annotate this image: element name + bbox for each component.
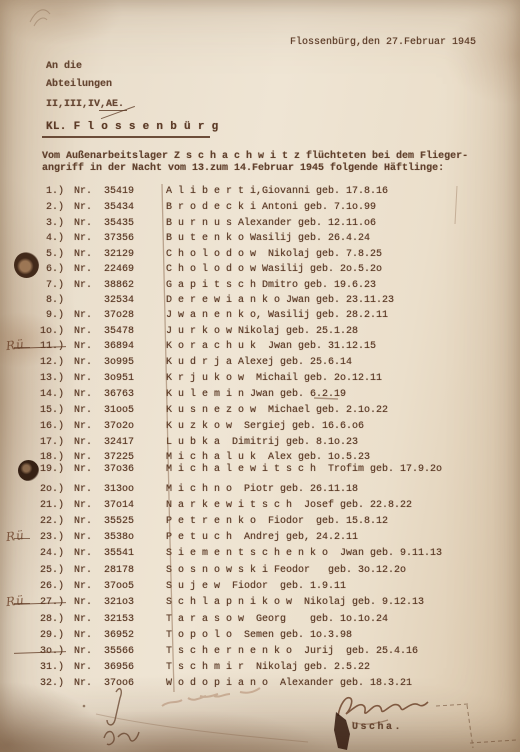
scanned-document-page: Flossenbürg,den 27.Februar 1945 An die A…	[0, 0, 520, 752]
prisoner-name: G a p i t s c h Dmitro	[166, 280, 298, 291]
list-row: 22.) Nr. 35525 P e t r e n k o Fiodor ge…	[0, 516, 520, 530]
row-number: 1o.)	[30, 326, 64, 337]
addressee-line-1: An die	[46, 61, 82, 72]
prisoner-name: L u b k a Dimitrij	[166, 437, 280, 448]
prisoner-number: Nr. 36894	[74, 341, 134, 352]
list-row: 32.) Nr. 37oo6 W o d o p i a n o Alexand…	[0, 678, 520, 692]
prisoner-number: Nr. 35478	[74, 326, 134, 337]
addressee-line-3: II,III,IV,AE.	[46, 99, 124, 110]
list-row: Rü 23.) Nr. 3538o P e t u c h Andrej geb…	[0, 532, 520, 546]
birth-date: geb. 12.11.o6	[292, 218, 376, 229]
row-number: 31.)	[30, 662, 64, 673]
birth-date: geb. 15.8.12	[310, 516, 388, 527]
birth-date: geb. 26.11.18	[274, 484, 358, 495]
date-line: Flossenbürg,den 27.Februar 1945	[290, 37, 476, 48]
prisoner-number: Nr. 37356	[74, 233, 134, 244]
birth-date: geb. 19.6.23	[298, 280, 376, 291]
prisoner-number: 32534	[74, 295, 134, 306]
prisoner-name: C h o l o d o w Nikolaj	[166, 249, 310, 260]
list-row: 24.) Nr. 35541 S i e m e n t s c h e n k…	[0, 548, 520, 562]
prisoner-number: Nr. 35566	[74, 646, 134, 657]
birth-date: geb. 28.2.11	[310, 310, 388, 321]
ink-blot	[334, 712, 350, 750]
prisoner-number: Nr. 37o28	[74, 310, 134, 321]
prisoner-name: M i c h n o Piotr	[166, 484, 274, 495]
birth-date: geb. 25.4.16	[340, 646, 418, 657]
row-number: 28.)	[30, 614, 64, 625]
row-number: 16.)	[30, 421, 64, 432]
row-number: 29.)	[30, 630, 64, 641]
list-row: Rü 27.) Nr. 321o3 S c h l a p n i k o w …	[0, 597, 520, 611]
prisoner-name: S i e m e n t s c h e n k o Jwan	[166, 548, 364, 559]
birth-date: geb. 16.6.o6	[286, 421, 364, 432]
birth-date: geb. 1o.3.98	[274, 630, 352, 641]
list-row: 29.) Nr. 36952 T o p o l o Semen geb. 1o…	[0, 630, 520, 644]
row-number: 3.)	[30, 218, 64, 229]
prisoner-number: Nr. 32417	[74, 437, 134, 448]
list-row: 13.) Nr. 3o951 K r j u k o w Michail geb…	[0, 373, 520, 387]
prisoner-name: K r j u k o w Michail	[166, 373, 298, 384]
list-row: 19.) Nr. 37o36 M i c h a l e w i t s c h…	[0, 464, 520, 478]
prisoner-name: A l i b e r t i,Giovanni	[166, 186, 310, 197]
list-row: 9.) Nr. 37o28 J w a n e n k o, Wasilij g…	[0, 310, 520, 324]
prisoner-name: W o d o p i a n o Alexander	[166, 678, 334, 689]
list-row: 5.) Nr. 32129 C h o l o d o w Nikolaj ge…	[0, 249, 520, 263]
prisoner-name: P e t r e n k o Fiodor	[166, 516, 310, 527]
bottom-crease-line	[96, 714, 308, 742]
list-row: 8.) 32534 D e r e w i a n k o Jwan geb. …	[0, 295, 520, 309]
pencil-dot	[83, 705, 86, 708]
list-row: 3.) Nr. 35435 B u r n u s Alexander geb.…	[0, 218, 520, 232]
prisoner-name: S o s n o w s k i Feodor	[166, 565, 322, 576]
birth-date: geb. 7.1o.99	[298, 202, 376, 213]
prisoner-number: Nr. 36956	[74, 662, 134, 673]
prisoner-name: S c h l a p n i k o w Nikolaj	[166, 597, 346, 608]
intro-line-1: Vom Außenarbeitslager Z s c h a c h w i …	[42, 151, 468, 162]
pencil-scribble-top	[30, 10, 50, 26]
hole-punch-bottom	[18, 460, 39, 481]
prisoner-number: Nr. 37oo6	[74, 678, 134, 689]
birth-date: geb. 2o.5.2o	[304, 264, 382, 275]
prisoner-name: T o p o l o Semen	[166, 630, 274, 641]
prisoner-name: B r o d e c k i Antoni	[166, 202, 298, 213]
prisoner-name: N a r k e w i t s c h Josef	[166, 500, 334, 511]
list-row: 7.) Nr. 38862 G a p i t s c h Dmitro geb…	[0, 280, 520, 294]
list-row: 21.) Nr. 37o14 N a r k e w i t s c h Jos…	[0, 500, 520, 514]
list-row: 16.) Nr. 37o2o K u z k o w Sergiej geb. …	[0, 421, 520, 435]
prisoner-number: Nr. 313oo	[74, 484, 134, 495]
prisoner-number: Nr. 37225	[74, 452, 134, 463]
row-number: 11.)	[30, 341, 64, 352]
list-row: 2o.) Nr. 313oo M i c h n o Piotr geb. 26…	[0, 484, 520, 498]
birth-date: geb. 9.12.13	[346, 597, 424, 608]
birth-date: geb. 18.3.21	[334, 678, 412, 689]
prisoner-name: T a r a s o w Georg	[166, 614, 304, 625]
prisoner-number: Nr. 32129	[74, 249, 134, 260]
prisoner-number: Nr. 37oo5	[74, 581, 134, 592]
birth-date: geb. 23.11.23	[310, 295, 394, 306]
birth-date: geb. 17.9.2o	[364, 464, 442, 475]
row-number: 25.)	[30, 565, 64, 576]
birth-date: geb. 31.12.15	[292, 341, 376, 352]
prisoner-number: Nr. 3o951	[74, 373, 134, 384]
row-number: 8.)	[30, 295, 64, 306]
prisoner-number: Nr. 28178	[74, 565, 134, 576]
row-number: 23.)	[30, 532, 64, 543]
row-number: 1.)	[30, 186, 64, 197]
list-row: 6.) Nr. 22469 C h o l o d o w Wasilij ge…	[0, 264, 520, 278]
prisoner-number: Nr. 32153	[74, 614, 134, 625]
list-row: 25.) Nr. 28178 S o s n o w s k i Feodor …	[0, 565, 520, 579]
birth-date: geb. 6.2.19	[274, 389, 346, 400]
addressee-line-2: Abteilungen	[46, 79, 112, 90]
prisoner-number: Nr. 35541	[74, 548, 134, 559]
camp-heading-underline	[42, 136, 210, 138]
crop-marks	[436, 704, 516, 748]
camp-heading: KL. F l o s s e n b ü r g	[46, 121, 219, 133]
prisoner-number: Nr. 38862	[74, 280, 134, 291]
prisoner-number: Nr. 37o2o	[74, 421, 134, 432]
prisoner-name: P e t u c h Andrej	[166, 532, 280, 543]
list-row: 2.) Nr. 35434 B r o d e c k i Antoni geb…	[0, 202, 520, 216]
row-number: 2.)	[30, 202, 64, 213]
margin-annotation: Rü	[5, 593, 25, 609]
prisoner-name: C h o l o d o w Wasilij	[166, 264, 304, 275]
prisoner-number: Nr. 3538o	[74, 532, 134, 543]
list-row: 28.) Nr. 32153 T a r a s o w Georg geb. …	[0, 614, 520, 628]
prisoner-name: T s c h e r n e n k o Jurij	[166, 646, 340, 657]
birth-date: geb. 1o.1o.24	[304, 614, 388, 625]
prisoner-name: K u l e m i n Jwan	[166, 389, 274, 400]
prisoner-number: Nr. 3o995	[74, 357, 134, 368]
row-number: 13.)	[30, 373, 64, 384]
row-number: 7.)	[30, 280, 64, 291]
row-number: 21.)	[30, 500, 64, 511]
birth-date: geb. 9.11.13	[364, 548, 442, 559]
row-number: 32.)	[30, 678, 64, 689]
row-number: 14.)	[30, 389, 64, 400]
rank-abbreviation: Uscha.	[352, 722, 403, 733]
prisoner-name: B u r n u s Alexander	[166, 218, 292, 229]
row-number: 26.)	[30, 581, 64, 592]
prisoner-number: Nr. 35435	[74, 218, 134, 229]
list-row: 14.) Nr. 36763 K u l e m i n Jwan geb. 6…	[0, 389, 520, 403]
prisoner-number: Nr. 35419	[74, 186, 134, 197]
prisoner-name: J u r k o w Nikolaj	[166, 326, 280, 337]
birth-date: geb. 2o.12.11	[298, 373, 382, 384]
prisoner-number: Nr. 36952	[74, 630, 134, 641]
list-row: 31.) Nr. 36956 T s c h m i r Nikolaj geb…	[0, 662, 520, 676]
prisoner-number: Nr. 35525	[74, 516, 134, 527]
prisoner-name: T s c h m i r Nikolaj	[166, 662, 298, 673]
list-row: Rü 11.) Nr. 36894 K o r a c h u k Jwan g…	[0, 341, 520, 355]
birth-date: geb. 25.6.14	[274, 357, 352, 368]
birth-date: geb. 22.8.22	[334, 500, 412, 511]
birth-date: geb. 17.8.16	[310, 186, 388, 197]
prisoner-name: B u t e n k o Wasilij	[166, 233, 292, 244]
intro-line-2: angriff in der Nacht vom 13.zum 14.Febru…	[42, 163, 444, 174]
signature-handwriting	[338, 698, 428, 716]
birth-date: geb. 2.1o.22	[310, 405, 388, 416]
prisoner-number: Nr. 22469	[74, 264, 134, 275]
prisoner-name: K u d r j a Alexej	[166, 357, 274, 368]
row-number: 22.)	[30, 516, 64, 527]
birth-date: geb. 8.1o.23	[280, 437, 358, 448]
margin-annotation: Rü	[5, 528, 25, 544]
prisoner-name: M i c h a l u k Alex	[166, 452, 292, 463]
birth-date: geb. 3o.12.2o	[322, 565, 406, 576]
prisoner-name: S u j e w Fiodor	[166, 581, 274, 592]
list-row: 26.) Nr. 37oo5 S u j e w Fiodor geb. 1.9…	[0, 581, 520, 595]
prisoner-name: K u z k o w Sergiej	[166, 421, 286, 432]
hole-punch-top	[14, 252, 39, 278]
prisoner-number: Nr. 37o14	[74, 500, 134, 511]
prisoner-number: Nr. 31oo5	[74, 405, 134, 416]
birth-date: geb. 7.8.25	[310, 249, 382, 260]
list-row: 1o.) Nr. 35478 J u r k o w Nikolaj geb. …	[0, 326, 520, 340]
list-row: 4.) Nr. 37356 B u t e n k o Wasilij geb.…	[0, 233, 520, 247]
prisoner-number: Nr. 36763	[74, 389, 134, 400]
row-number: 17.)	[30, 437, 64, 448]
prisoner-number: Nr. 35434	[74, 202, 134, 213]
prisoner-name: K u s n e z o w Michael	[166, 405, 310, 416]
list-row: 3o.) Nr. 35566 T s c h e r n e n k o Jur…	[0, 646, 520, 660]
list-row: 12.) Nr. 3o995 K u d r j a Alexej geb. 2…	[0, 357, 520, 371]
pencil-marks	[104, 689, 139, 745]
margin-annotation: Rü	[5, 337, 25, 353]
prisoner-name: D e r e w i a n k o Jwan	[166, 295, 310, 306]
row-number: 2o.)	[30, 484, 64, 495]
row-number: 15.)	[30, 405, 64, 416]
row-number: 24.)	[30, 548, 64, 559]
birth-date: geb. 25.1.28	[280, 326, 358, 337]
row-number: 27.)	[30, 597, 64, 608]
prisoner-name: K o r a c h u k Jwan	[166, 341, 292, 352]
list-row: 17.) Nr. 32417 L u b k a Dimitrij geb. 8…	[0, 437, 520, 451]
row-number: 4.)	[30, 233, 64, 244]
list-row: 15.) Nr. 31oo5 K u s n e z o w Michael g…	[0, 405, 520, 419]
prisoner-number: Nr. 37o36	[74, 464, 134, 475]
prisoner-name: M i c h a l e w i t s c h Trofim	[166, 464, 364, 475]
prisoner-number: Nr. 321o3	[74, 597, 134, 608]
birth-date: geb. 2.5.22	[298, 662, 370, 673]
row-number: 3o.)	[30, 646, 64, 657]
birth-date: geb. 26.4.24	[292, 233, 370, 244]
prisoner-name: J w a n e n k o, Wasilij	[166, 310, 310, 321]
birth-date: geb. 1.9.11	[274, 581, 346, 592]
row-number: 9.)	[30, 310, 64, 321]
birth-date: geb. 1o.5.23	[292, 452, 370, 463]
birth-date: geb, 24.2.11	[280, 532, 358, 543]
list-row: 1.) Nr. 35419 A l i b e r t i,Giovanni g…	[0, 186, 520, 200]
row-number: 12.)	[30, 357, 64, 368]
